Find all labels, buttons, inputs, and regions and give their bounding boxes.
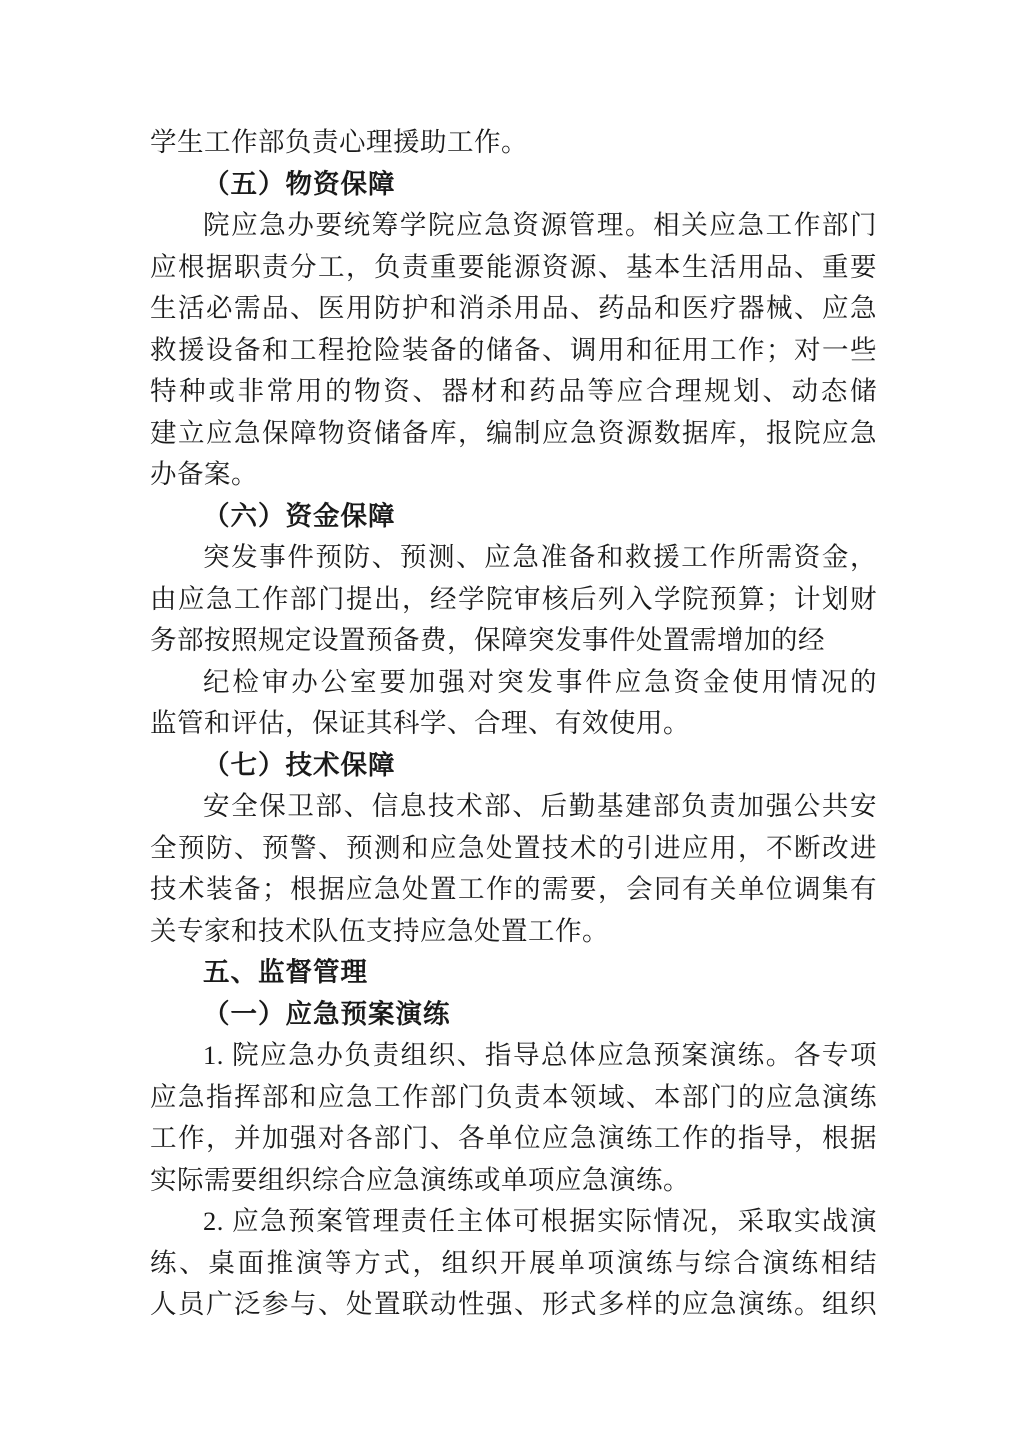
text-line: 人员广泛参与、处置联动性强、形式多样的应急演练。组织: [150, 1284, 877, 1326]
text-line: 生活必需品、医用防护和消杀用品、药品和医疗器械、应急: [150, 288, 877, 330]
document-paragraph: 学生工作部负责心理援助工作。: [150, 122, 877, 164]
document-paragraph: 突发事件预防、预测、应急准备和救援工作所需资金，由应急工作部门提出，经学院审核后…: [150, 537, 877, 662]
text-line: 1. 院应急办负责组织、指导总体应急预案演练。各专项: [150, 1035, 877, 1077]
document-heading: （一）应急预案演练: [150, 994, 877, 1036]
text-line: 应急指挥部和应急工作部门负责本领域、本部门的应急演练: [150, 1077, 877, 1119]
text-line: 救援设备和工程抢险装备的储备、调用和征用工作；对一些: [150, 330, 877, 372]
text-line: 纪检审办公室要加强对突发事件应急资金使用情况的: [150, 662, 877, 704]
document-content: 学生工作部负责心理援助工作。（五）物资保障院应急办要统筹学院应急资源管理。相关应…: [150, 122, 877, 1326]
document-heading: 五、监督管理: [150, 952, 877, 994]
text-line: 2. 应急预案管理责任主体可根据实际情况，采取实战演: [150, 1201, 877, 1243]
text-line: 建立应急保障物资储备库，编制应急资源数据库，报院应急: [150, 413, 877, 455]
document-heading: （五）物资保障: [150, 164, 877, 206]
text-line: 务部按照规定设置预备费，保障突发事件处置需增加的经费。: [150, 620, 877, 662]
document-page: 学生工作部负责心理援助工作。（五）物资保障院应急办要统筹学院应急资源管理。相关应…: [0, 0, 1024, 1448]
text-line: 练、桌面推演等方式，组织开展单项演练与综合演练相结合、: [150, 1243, 877, 1285]
text-line: 安全保卫部、信息技术部、后勤基建部负责加强公共安: [150, 786, 877, 828]
text-line: 工作，并加强对各部门、各单位应急演练工作的指导，根据: [150, 1118, 877, 1160]
text-line: 实际需要组织综合应急演练或单项应急演练。: [150, 1160, 877, 1202]
text-line: （七）技术保障: [150, 745, 877, 787]
document-paragraph: 院应急办要统筹学院应急资源管理。相关应急工作部门应根据职责分工，负责重要能源资源…: [150, 205, 877, 496]
text-line: （六）资金保障: [150, 496, 877, 538]
document-paragraph: 安全保卫部、信息技术部、后勤基建部负责加强公共安全预防、预警、预测和应急处置技术…: [150, 786, 877, 952]
text-line: 突发事件预防、预测、应急准备和救援工作所需资金，: [150, 537, 877, 579]
document-paragraph: 1. 院应急办负责组织、指导总体应急预案演练。各专项应急指挥部和应急工作部门负责…: [150, 1035, 877, 1201]
text-line: 特种或非常用的物资、器材和药品等应合理规划、动态储备；: [150, 371, 877, 413]
text-line: 办备案。: [150, 454, 877, 496]
text-line: 五、监督管理: [150, 952, 877, 994]
document-paragraph: 纪检审办公室要加强对突发事件应急资金使用情况的监管和评估，保证其科学、合理、有效…: [150, 662, 877, 745]
text-line: 由应急工作部门提出，经学院审核后列入学院预算；计划财: [150, 579, 877, 621]
text-line: 学生工作部负责心理援助工作。: [150, 122, 877, 164]
text-line: 全预防、预警、预测和应急处置技术的引进应用，不断改进: [150, 828, 877, 870]
text-line: 应根据职责分工，负责重要能源资源、基本生活用品、重要: [150, 247, 877, 289]
text-line: （一）应急预案演练: [150, 994, 877, 1036]
document-heading: （七）技术保障: [150, 745, 877, 787]
text-line: 监管和评估，保证其科学、合理、有效使用。: [150, 703, 877, 745]
document-heading: （六）资金保障: [150, 496, 877, 538]
text-line: 院应急办要统筹学院应急资源管理。相关应急工作部门: [150, 205, 877, 247]
document-paragraph: 2. 应急预案管理责任主体可根据实际情况，采取实战演练、桌面推演等方式，组织开展…: [150, 1201, 877, 1326]
text-line: 技术装备；根据应急处置工作的需要，会同有关单位调集有: [150, 869, 877, 911]
text-line: （五）物资保障: [150, 164, 877, 206]
text-line: 关专家和技术队伍支持应急处置工作。: [150, 911, 877, 953]
